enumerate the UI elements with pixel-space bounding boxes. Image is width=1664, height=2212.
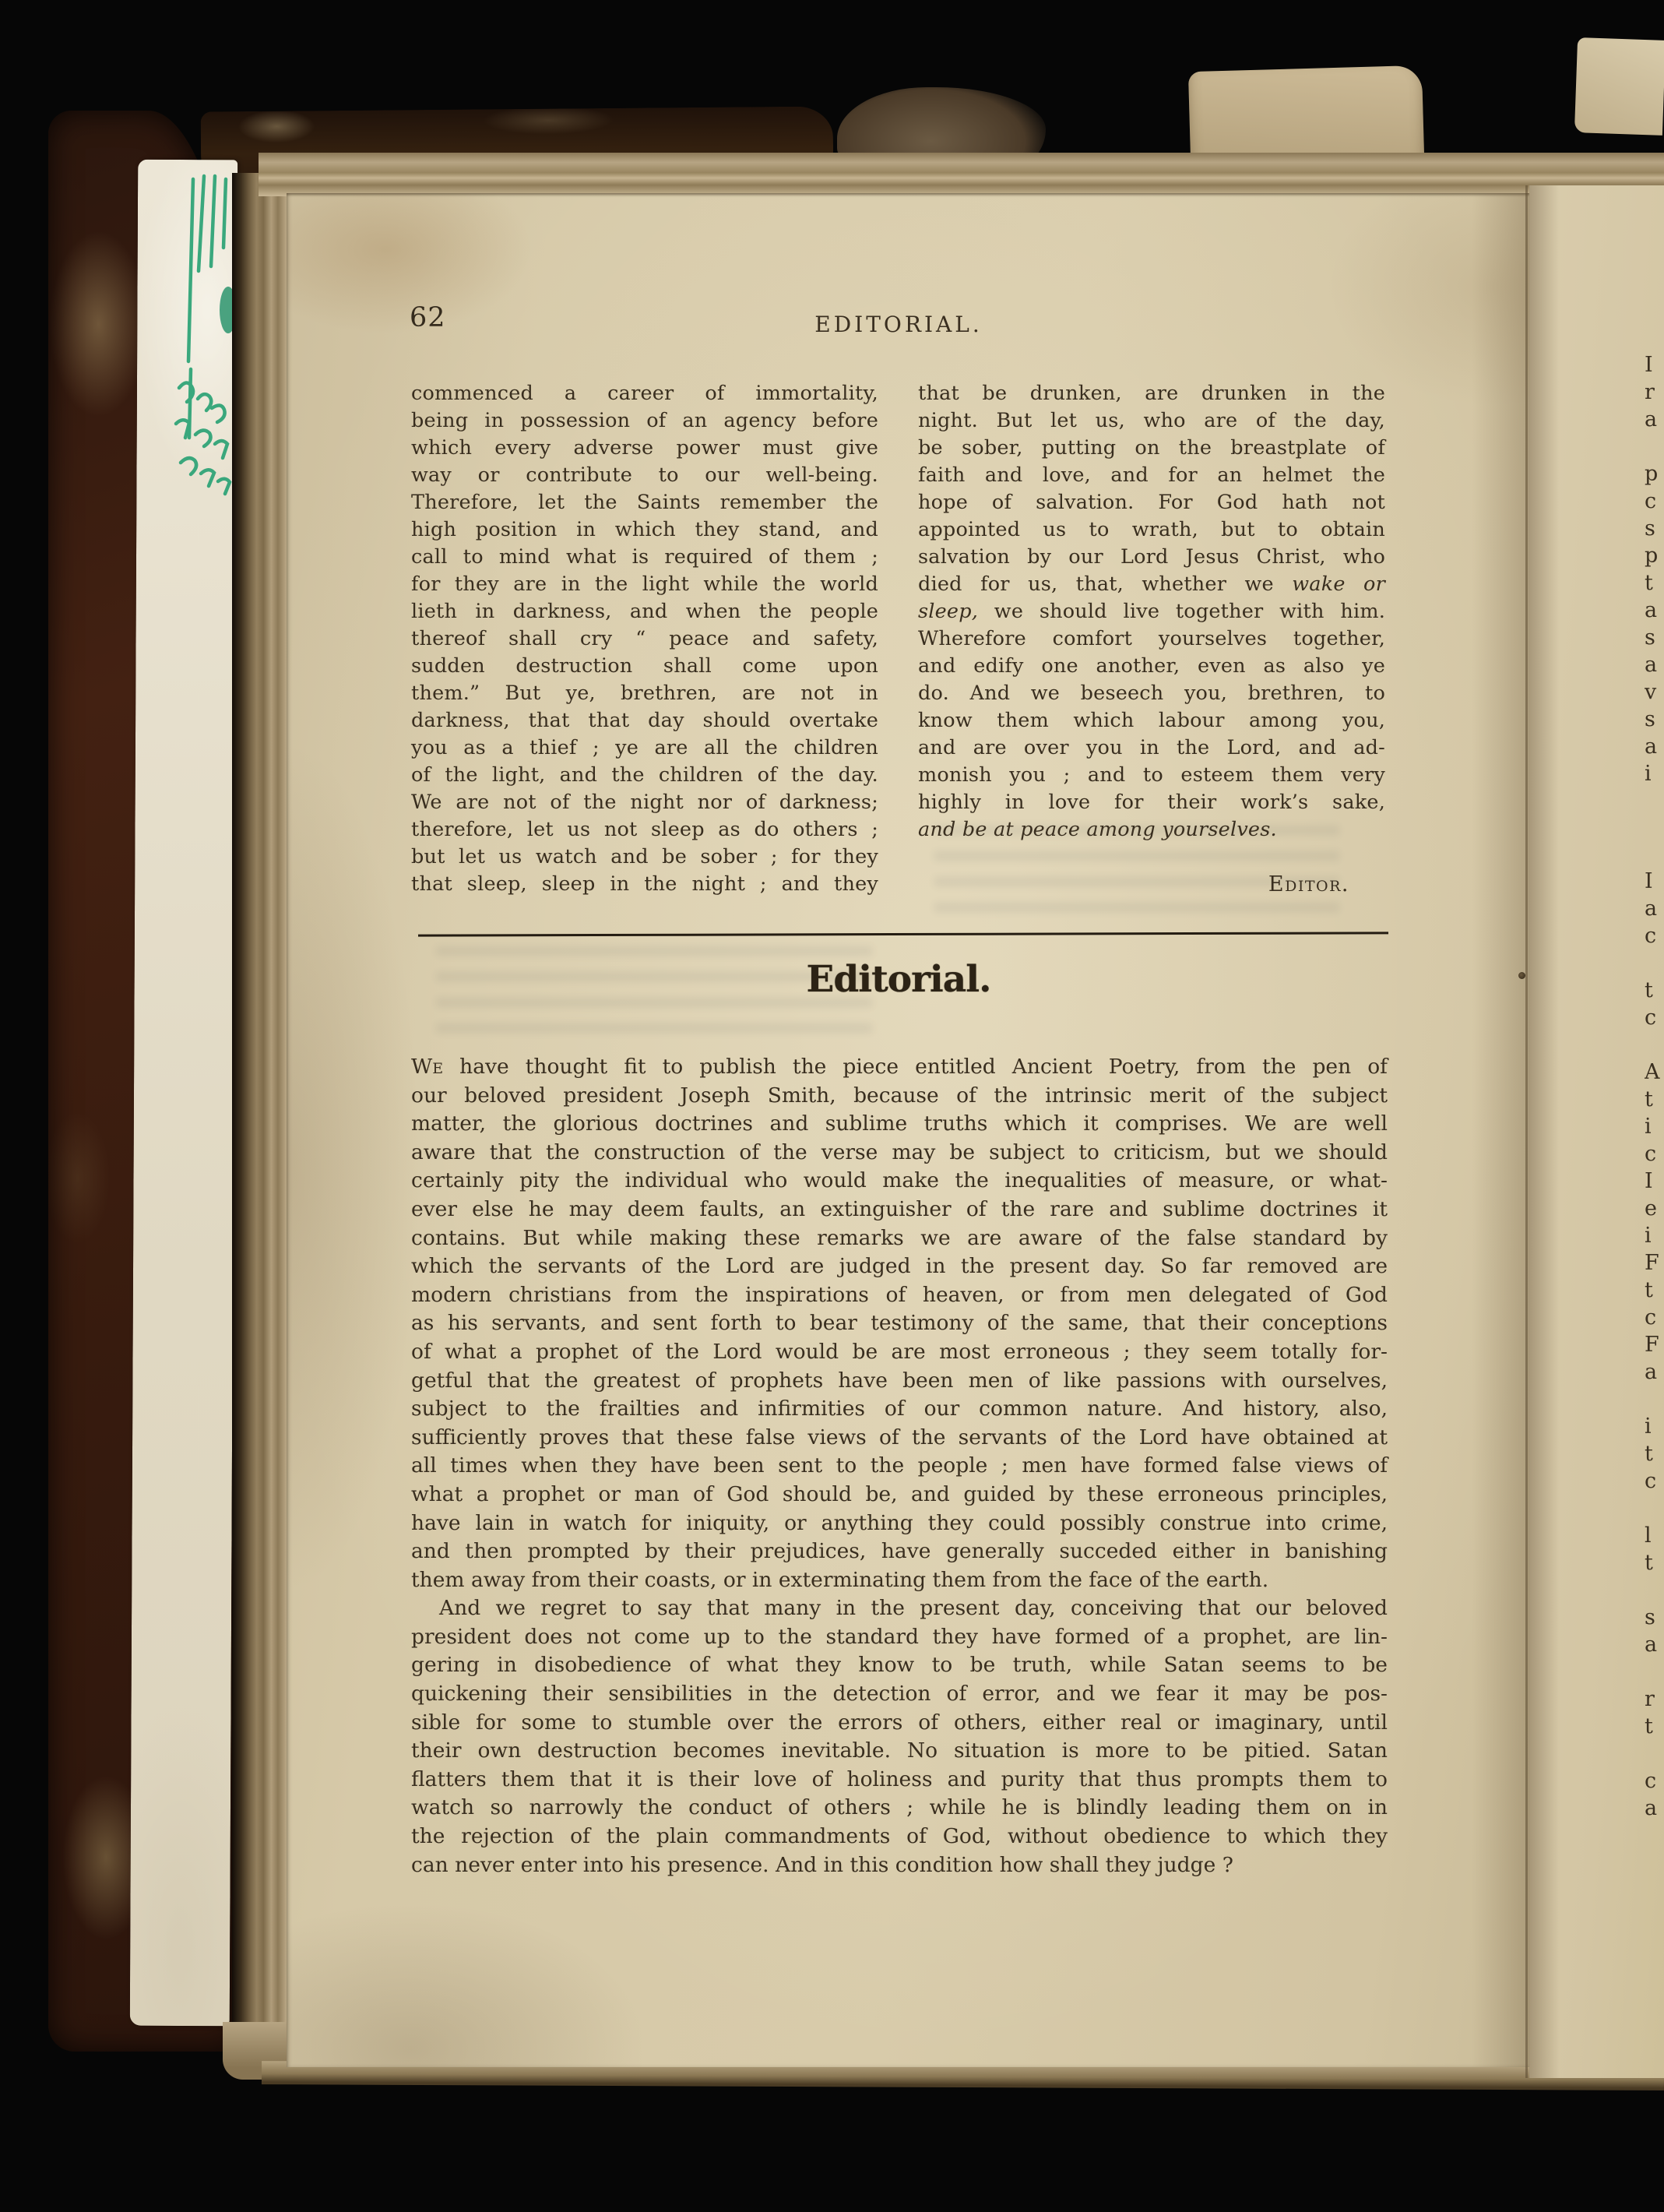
print-line: and then prompted by their prejudices, h… — [411, 1537, 1388, 1566]
print-line: lieth in darkness, and when the people — [411, 598, 878, 625]
print-line: Therefore, let the Saints remember the — [411, 489, 878, 516]
print-line: salvation by our Lord Jesus Christ, who — [918, 544, 1385, 571]
print-line: do. And we beseech you, brethren, to — [918, 680, 1385, 707]
print-line: what a prophet or man of God should be, … — [411, 1481, 1388, 1509]
print-line: Wherefore comfort yourselves together, — [918, 625, 1385, 653]
print-line: flatters them that it is their love of h… — [411, 1766, 1388, 1795]
left-text-column: commenced a career of immortality,being … — [411, 380, 878, 898]
print-line: call to mind what is required of them ; — [411, 544, 878, 571]
print-line: highly in love for their work’s sake, — [918, 789, 1385, 816]
print-line: of the light, and the children of the da… — [411, 762, 878, 789]
print-line: modern christians from the inspirations … — [411, 1281, 1388, 1310]
print-line: darkness, that that day should overtake — [411, 707, 878, 734]
print-line: faith and love, and for an helmet the — [918, 462, 1385, 489]
print-line: and edify one another, even as also ye — [918, 653, 1385, 680]
page-stack-edges-top — [259, 153, 1664, 196]
print-line: subject to the frailties and infirmities… — [411, 1395, 1388, 1424]
print-line: therefore, let us not sleep as do others… — [411, 816, 878, 844]
print-line: the rejection of the plain commandments … — [411, 1823, 1388, 1851]
print-line: their own destruction becomes inevitable… — [411, 1737, 1388, 1766]
print-line: know them which labour among you, — [918, 707, 1385, 734]
photographed-book-page: 62 EDITORIAL. commenced a career of immo… — [0, 0, 1664, 2212]
print-line: hope of salvation. For God hath not — [918, 489, 1385, 516]
print-line: appointed us to wrath, but to obtain — [918, 516, 1385, 544]
print-line: commenced a career of immortality, — [411, 380, 878, 407]
print-line: way or contribute to our well-being. — [411, 462, 878, 489]
print-line: being in possession of an agency before — [411, 407, 878, 435]
print-line: quickening their sensibilities in the de… — [411, 1680, 1388, 1709]
print-line: matter, the glorious doctrines and subli… — [411, 1110, 1388, 1139]
print-line: them.” But ye, brethren, are not in — [411, 680, 878, 707]
print-line: high position in which they stand, and — [411, 516, 878, 544]
print-line: watch so narrowly the conduct of others … — [411, 1794, 1388, 1823]
print-line: gering in disobedience of what they know… — [411, 1651, 1388, 1680]
print-line: certainly pity the individual who would … — [411, 1167, 1388, 1196]
print-line: be sober, putting on the breastplate of — [918, 435, 1385, 462]
print-line: And we regret to say that many in the pr… — [411, 1594, 1388, 1623]
right-text-column: that be drunken, are drunken in thenight… — [918, 380, 1385, 898]
print-line: sufficiently proves that these false vie… — [411, 1424, 1388, 1453]
print-line: that be drunken, are drunken in the — [918, 380, 1385, 407]
print-line: sible for some to stumble over the error… — [411, 1709, 1388, 1738]
print-line: but let us watch and be sober ; for they — [411, 844, 878, 871]
print-line: contains. But while making these remarks… — [411, 1224, 1388, 1253]
print-line: all times when they have been sent to th… — [411, 1452, 1388, 1481]
print-line: which the servants of the Lord are judge… — [411, 1252, 1388, 1281]
print-line — [918, 844, 1385, 871]
section-heading: Editorial. — [411, 958, 1386, 1001]
page-gutter-crease — [1525, 185, 1528, 2078]
print-line: died for us, that, whether we wake or — [918, 571, 1385, 598]
facing-page-sliver — [1529, 185, 1664, 2078]
print-line: sudden destruction shall come upon — [411, 653, 878, 680]
print-line: and be at peace among yourselves. — [918, 816, 1385, 844]
print-line: sleep, we should live together with him. — [918, 598, 1385, 625]
print-line: We have thought fit to publish the piece… — [411, 1053, 1388, 1082]
print-line: that sleep, sleep in the night ; and the… — [411, 871, 878, 898]
print-line: you as a thief ; ye are all the children — [411, 734, 878, 762]
print-line: which every adverse power must give — [411, 435, 878, 462]
print-line: thereof shall cry “ peace and safety, — [411, 625, 878, 653]
print-line: president does not come up to the standa… — [411, 1623, 1388, 1652]
binding-hole — [1518, 972, 1525, 979]
print-line: aware that the construction of the verse… — [411, 1139, 1388, 1168]
print-line: of what a prophet of the Lord would be a… — [411, 1338, 1388, 1367]
print-line: as his servants, and sent forth to bear … — [411, 1309, 1388, 1338]
print-line: have lain in watch for iniquity, or anyt… — [411, 1509, 1388, 1538]
protruding-page-fragment — [1574, 37, 1664, 136]
print-line: and are over you in the Lord, and ad- — [918, 734, 1385, 762]
print-line: monish you ; and to esteem them very — [918, 762, 1385, 789]
print-line: can never enter into his presence. And i… — [411, 1851, 1388, 1880]
print-line: night. But let us, who are of the day, — [918, 407, 1385, 435]
print-line: We are not of the night nor of darkness; — [411, 789, 878, 816]
print-line: getful that the greatest of prophets hav… — [411, 1367, 1388, 1396]
print-line: our beloved president Joseph Smith, beca… — [411, 1082, 1388, 1111]
running-header: EDITORIAL. — [411, 312, 1386, 337]
print-line: Editor. — [918, 871, 1385, 898]
print-line: for they are in the light while the worl… — [411, 571, 878, 598]
page-stack-edges-left — [232, 173, 288, 2058]
print-line: them away from their coasts, or in exter… — [411, 1566, 1388, 1595]
print-line: ever else he may deem faults, an extingu… — [411, 1196, 1388, 1224]
editorial-body-text: We have thought fit to publish the piece… — [411, 1053, 1388, 1879]
